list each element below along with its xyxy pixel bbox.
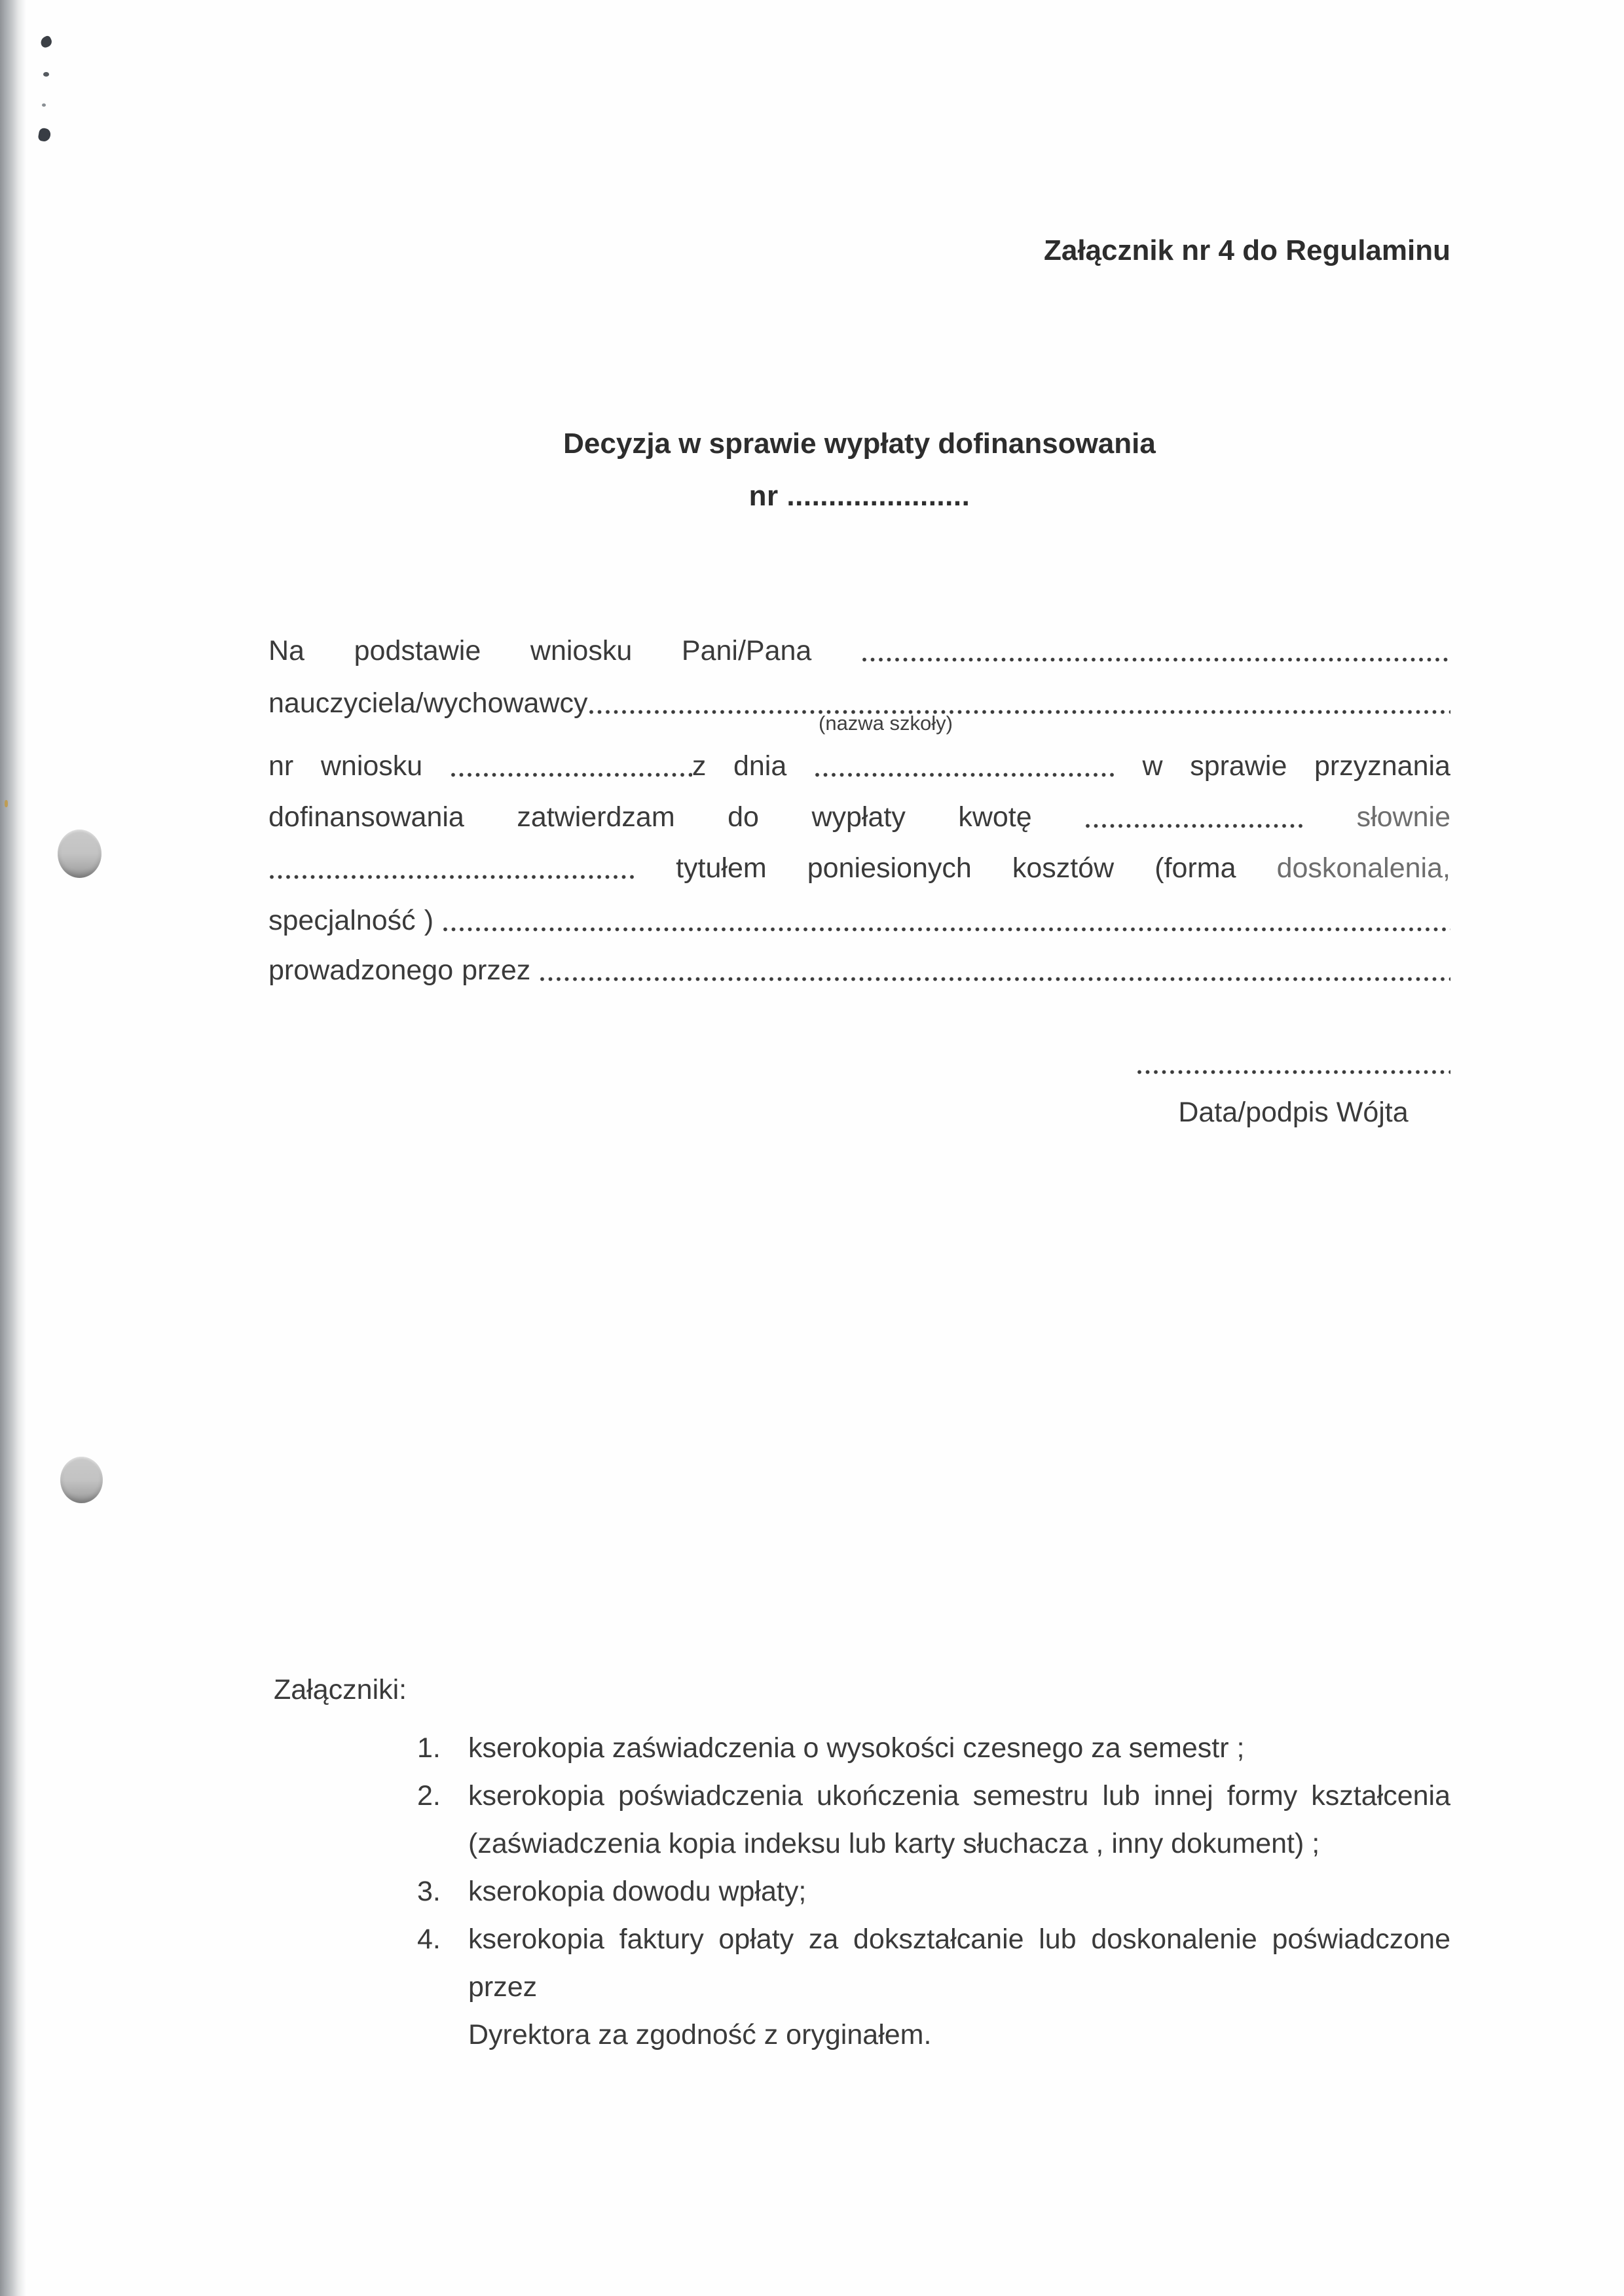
form-line: tytułemponiesionychkosztów(formadoskonal… (268, 851, 1450, 885)
signature-block: Data/podpis Wójta (1136, 1068, 1450, 1129)
dotted-blank-field (1084, 822, 1304, 829)
dotted-blank-field (268, 873, 635, 881)
attachment-text-line: kserokopia zaświadczenia o wysokości cze… (468, 1724, 1450, 1772)
form-text: w (1143, 749, 1163, 783)
form-text: prowadzonego (268, 953, 453, 987)
dotted-blank-field (450, 771, 692, 778)
document-number-blank: ...................... (786, 480, 970, 512)
form-text: przyznania (1314, 749, 1450, 783)
signature-dotted-line (1136, 1068, 1450, 1076)
form-text: wniosku (321, 749, 422, 783)
form-text: Pani/Pana (682, 634, 811, 668)
form-text: wypłaty (811, 800, 905, 834)
attachment-text-line: kserokopia faktury opłaty za dokształcan… (468, 1916, 1450, 2011)
dotted-blank-field (442, 926, 1450, 933)
attachment-item-text: kserokopia zaświadczenia o wysokości cze… (468, 1724, 1450, 1772)
scan-edge-shadow (0, 0, 26, 2296)
document-number-prefix: nr (749, 480, 779, 512)
scan-artifact (43, 72, 49, 77)
attachment-item-text: kserokopia faktury opłaty za dokształcan… (468, 1916, 1450, 2059)
form-line: specjalność) (268, 903, 1450, 938)
form-text: do (728, 800, 759, 834)
attachment-item-text: kserokopia dowodu wpłaty; (468, 1868, 1450, 1916)
attachment-text-line: Dyrektora za zgodność z oryginałem. (468, 2011, 1450, 2059)
form-line: nrwnioskuzdniawsprawieprzyznania (268, 749, 1450, 783)
attachment-text-line: kserokopia poświadczenia ukończenia seme… (468, 1772, 1450, 1820)
dotted-blank-with-text: z (450, 749, 707, 783)
scan-artifact (37, 128, 51, 143)
scan-artifact (42, 103, 46, 107)
attachment-item-text: kserokopia poświadczenia ukończenia seme… (468, 1772, 1450, 1868)
form-text: tytułem (676, 851, 767, 885)
attachments-list: 1.kserokopia zaświadczenia o wysokości c… (417, 1724, 1450, 2059)
form-text: nauczyciela/wychowawcy (268, 686, 588, 720)
attachment-text-line: (zaświadczenia kopia indeksu lub karty s… (468, 1820, 1450, 1868)
attachment-item-number: 1. (417, 1724, 468, 1772)
scanned-document-page: Załącznik nr 4 do Regulaminu Decyzja w s… (0, 0, 1624, 2296)
document-title: Decyzja w sprawie wypłaty dofinansowania (268, 427, 1450, 462)
form-text: dofinansowania (268, 800, 464, 834)
form-text: dnia (733, 749, 786, 783)
form-text: specjalność (268, 903, 416, 938)
attachment-text-line: kserokopia dowodu wpłaty; (468, 1868, 1450, 1916)
dotted-blank-field (814, 771, 1115, 778)
dotted-blank-field (861, 656, 1450, 663)
form-text: doskonalenia, (1277, 851, 1450, 885)
hole-punch (58, 829, 101, 878)
attachment-item-number: 3. (417, 1868, 468, 1916)
dotted-blank-field (539, 975, 1450, 983)
school-name-caption: (nazwa szkoły) (819, 711, 953, 735)
scan-artifact (5, 800, 8, 807)
form-text: ) (424, 903, 434, 938)
document-number: nr ...................... (268, 479, 1450, 514)
form-line: prowadzonegoprzez (268, 953, 1450, 987)
form-line: dofinansowaniazatwierdzamdowypłatykwotęs… (268, 800, 1450, 834)
form-text: nr (268, 749, 293, 783)
attachment-item: 4.kserokopia faktury opłaty za dokształc… (417, 1916, 1450, 2059)
signature-label: Data/podpis Wójta (1136, 1097, 1450, 1129)
hole-punch (60, 1457, 103, 1503)
form-text: z (692, 749, 707, 783)
scan-artifact (39, 35, 53, 49)
form-text: słownie (1357, 800, 1450, 834)
attachment-header: Załącznik nr 4 do Regulaminu (1044, 234, 1450, 268)
attachments-section: Załączniki: 1.kserokopia zaświadczenia o… (274, 1673, 1450, 2059)
form-text: Na (268, 634, 304, 668)
form-text: przez (462, 953, 530, 987)
attachment-item: 1.kserokopia zaświadczenia o wysokości c… (417, 1724, 1450, 1772)
attachment-item-number: 4. (417, 1916, 468, 2059)
attachment-item: 3.kserokopia dowodu wpłaty; (417, 1868, 1450, 1916)
form-text: sprawie (1190, 749, 1287, 783)
form-text: kosztów (1012, 851, 1114, 885)
form-line: NapodstawiewnioskuPani/Pana (268, 634, 1450, 668)
form-text: (forma (1154, 851, 1236, 885)
attachment-item-number: 2. (417, 1772, 468, 1868)
form-text: zatwierdzam (517, 800, 674, 834)
form-text: podstawie (354, 634, 481, 668)
attachment-item: 2.kserokopia poświadczenia ukończenia se… (417, 1772, 1450, 1868)
dotted-blank-field (588, 708, 1450, 716)
attachments-header: Załączniki: (274, 1673, 1450, 1706)
form-text: kwotę (958, 800, 1031, 834)
form-text: wniosku (530, 634, 632, 668)
form-text: poniesionych (807, 851, 972, 885)
